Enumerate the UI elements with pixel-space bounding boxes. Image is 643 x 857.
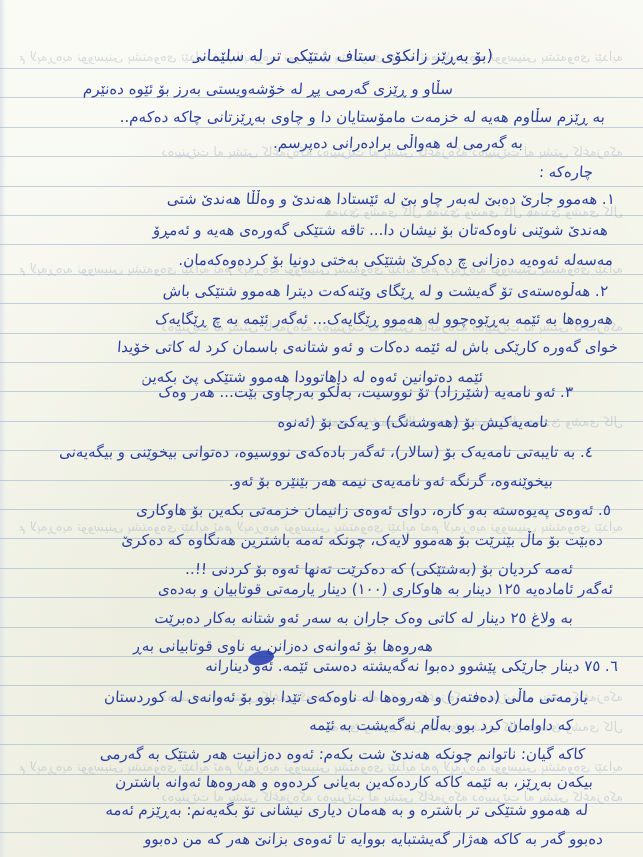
numbered-item-line: ٥. ئەوەی پەیوەستە بەو کارە، دوای ئەوەی ز… <box>30 501 611 519</box>
handwritten-line: کاکە گیان: ناتوانم چونکە هەندێ شت بکەم: … <box>24 745 585 763</box>
handwritten-line: مەسەلە ئەوەیە دەزانی چ دەکرێ شتێکی بەختی… <box>27 251 613 269</box>
handwriting: (بۆ بەڕێز زانکۆی ستاف شتێکی تر لە سلێمان… <box>0 0 643 857</box>
handwritten-line: کە داوامان کرد بوو بەڵام نەگەیشت بە ئێمە <box>42 716 573 734</box>
letter-heading: (بۆ بەڕێز زانکۆی ستاف شتێکی تر لە سلێمان… <box>192 46 493 65</box>
handwritten-line: دەبێت بۆ ماڵ بێنرێت بۆ هەموو لایەک، چونک… <box>17 531 603 549</box>
handwritten-line: ئەمە کردیان بۆ (بەشتێکی) کە دەکرێت تەنها… <box>72 560 573 578</box>
handwritten-line: هەروەها بۆ ئەوانەی دەزانن بە ناوی قوتابی… <box>132 637 433 655</box>
handwritten-line: هەندێ شوێنی ناوەکەتان بۆ نیشان دا... تاق… <box>37 221 608 239</box>
handwritten-line: سڵاو و ڕێزی گەرمی پڕ لە خۆشەویستی بەرز ب… <box>82 80 453 98</box>
handwritten-line: چارەکە : <box>522 163 593 181</box>
handwritten-line: بە گەرمی لە هەواڵی برادەرانی دەپرسم. <box>102 134 523 152</box>
numbered-item-line: ١. هەموو جارێ دەبێ لەبەر چاو بێ لە ئێستا… <box>24 190 615 208</box>
handwritten-line: ئەگەر ئامادەیە ١٢٥ دینار بە هاوکاری (١٠٠… <box>47 580 613 598</box>
handwritten-line: لە هەموو شتێکی تر باشترە و بە هەمان دیار… <box>27 801 588 819</box>
handwritten-line: دەبوو گەر بە کاکە هەژار گەیشتبایە بووایە… <box>12 830 603 848</box>
numbered-item-line: ٤. بە تایبەتی نامەیەک بۆ (سالار)، ئەگەر … <box>32 443 593 461</box>
handwritten-line: یارمەتی ماڵی (دەفتەر) و هەروەها لە ناوەک… <box>37 688 588 706</box>
handwritten-line: هەروەها بە ئێمە بەڕێوەچوو لە هەموو ڕێگای… <box>42 310 613 328</box>
handwritten-line: نامەیەکیش بۆ (هەوشەنگ) و یەکێ بۆ (ئەنوەر… <box>277 413 548 431</box>
handwritten-line: خوای گەورە کارێکی باش لە ئێمە دەکات و ئە… <box>17 338 618 356</box>
letter-page: ئەم لاپەڕەیە نووسینی پشتەوەی تێدایە ئەم … <box>0 0 643 857</box>
numbered-item-line: ٣. ئەو نامەیە (شێرزاد) تۆ نووسیت، بەڵکو … <box>72 383 573 401</box>
handwritten-line: بیکەن بەڕێز، بە ئێمە کاکە کاردەکەین بەیا… <box>37 773 593 791</box>
numbered-item-line: ٢. هەڵوەستەی تۆ گەیشت و لە ڕێگای وێنەکەت… <box>47 282 608 300</box>
handwritten-line: بیخوێنەوە، گرنگە ئەو نامەیەی نیمە هەر بێ… <box>102 472 553 490</box>
handwritten-line: بە ڕێزم سڵاوم هەیە لە خزمەت مامۆستایان د… <box>34 108 605 126</box>
numbered-item-line: ٦. ٧٥ دینار جارێکی پێشوو دەبوا نەگەیشتە … <box>37 657 618 675</box>
handwritten-line: بە ولاغ ٢٥ دینار لە کاتی وەک جاران بە سە… <box>42 609 573 627</box>
